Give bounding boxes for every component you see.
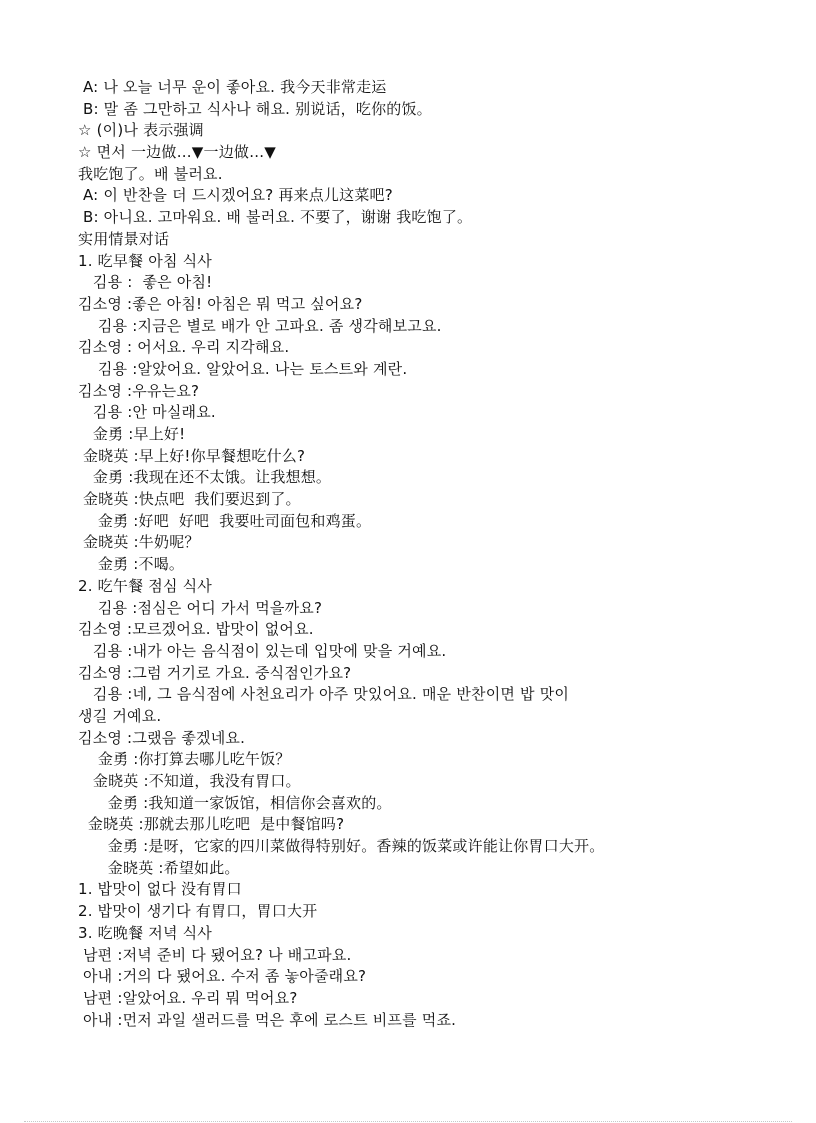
dialogue-line: 김용 :점심은 어디 가서 먹을까요? xyxy=(78,598,758,620)
dialogue-line: 金勇 :我知道一家饭馆，相信你会喜欢的。 xyxy=(78,793,758,815)
vocab-line: 2. 밥맛이 생기다 有胃口，胃口大开 xyxy=(78,901,758,923)
dialogue-line: 김용 :지금은 별로 배가 안 고파요. 좀 생각해보고요. xyxy=(78,316,758,338)
dialogue-line: 金晓英 :快点吧 我们要迟到了。 xyxy=(78,489,758,511)
dialogue-line: 김소영 :모르겠어요. 밥맛이 없어요. xyxy=(78,619,758,641)
dialogue-line: 金勇 :是呀，它家的四川菜做得特别好。香辣的饭菜或许能让你胃口大开。 xyxy=(78,836,758,858)
dialogue-line: 김용 :안 마실래요. xyxy=(78,402,758,424)
dialogue-line: 김소영 :우유는요? xyxy=(78,381,758,403)
dialogue-line: 金勇 :你打算去哪儿吃午饭？ xyxy=(78,749,758,771)
dialogue-line: 김용 :알았어요. 알았어요. 나는 토스트와 계란. xyxy=(78,359,758,381)
dialogue-line: 김용 :네, 그 음식점에 사천요리가 아주 맛있어요. 매운 반찬이면 밥 맛… xyxy=(78,684,758,706)
text-line: A: 나 오늘 너무 운이 좋아요. 我今天非常走运 xyxy=(78,77,758,99)
dialogue-line: 金勇 :我现在还不太饿。让我想想。 xyxy=(78,467,758,489)
dialogue-line: 김용 :내가 아는 음식점이 있는데 입맛에 맞을 거예요. xyxy=(78,641,758,663)
vocab-line: 1. 밥맛이 없다 没有胃口 xyxy=(78,879,758,901)
dialogue-line: 아내 :거의 다 됐어요. 수저 좀 놓아줄래요? xyxy=(78,966,758,988)
dialogue-line: 김소영 :그랬음 좋겠네요. xyxy=(78,728,758,750)
dialogue-line: 金晓英 :希望如此。 xyxy=(78,858,758,880)
dialogue-line: 金晓英 :牛奶呢？ xyxy=(78,532,758,554)
dialogue-line: 金勇 :好吧 好吧 我要吐司面包和鸡蛋。 xyxy=(78,511,758,533)
section-heading: 1. 吃早餐 아침 식사 xyxy=(78,251,758,273)
page-bottom-dotted-rule xyxy=(24,1121,792,1122)
dialogue-line: 김소영 :그럼 거기로 가요. 중식점인가요? xyxy=(78,663,758,685)
text-line: B: 아니요. 고마워요. 배 불러요. 不要了，谢谢 我吃饱了。 xyxy=(78,207,758,229)
text-line: A: 이 반찬을 더 드시겠어요? 再来点儿这菜吧? xyxy=(78,185,758,207)
dialogue-line: 金晓英 :那就去那儿吃吧 是中餐馆吗? xyxy=(78,814,758,836)
text-line: B: 말 좀 그만하고 식사나 해요. 别说话，吃你的饭。 xyxy=(78,99,758,121)
dialogue-line: 金勇 :早上好! xyxy=(78,424,758,446)
dialogue-line: 김소영 : 어서요. 우리 지각해요. xyxy=(78,337,758,359)
dialogue-line: 金晓英 :早上好!你早餐想吃什么? xyxy=(78,446,758,468)
section-heading: 3. 吃晚餐 저녁 식사 xyxy=(78,923,758,945)
dialogue-line: 생길 거예요. xyxy=(78,706,758,728)
dialogue-line: 남편 :저녁 준비 다 됐어요? 나 배고파요. xyxy=(78,945,758,967)
dialogue-line: 김소영 :좋은 아침! 아침은 뭐 먹고 싶어요? xyxy=(78,294,758,316)
document-page: A: 나 오늘 너무 운이 좋아요. 我今天非常走运 B: 말 좀 그만하고 식… xyxy=(78,77,758,1031)
text-line: 我吃饱了。배 불러요. xyxy=(78,164,758,186)
dialogue-line: 金勇 :不喝。 xyxy=(78,554,758,576)
dialogue-line: 金晓英 :不知道，我没有胃口。 xyxy=(78,771,758,793)
dialogue-line: 남편 :알았어요. 우리 뭐 먹어요? xyxy=(78,988,758,1010)
section-heading: 2. 吃午餐 점심 식사 xyxy=(78,576,758,598)
dialogue-line: 아내 :먼저 과일 샐러드를 먹은 후에 로스트 비프를 먹죠. xyxy=(78,1010,758,1032)
section-heading: 实用情景对话 xyxy=(78,229,758,251)
dialogue-line: 김용 : 좋은 아침! xyxy=(78,272,758,294)
text-line: ☆ (이)나 表示强调 xyxy=(78,120,758,142)
text-line: ☆ 면서 一边做…▼一边做…▼ xyxy=(78,142,758,164)
